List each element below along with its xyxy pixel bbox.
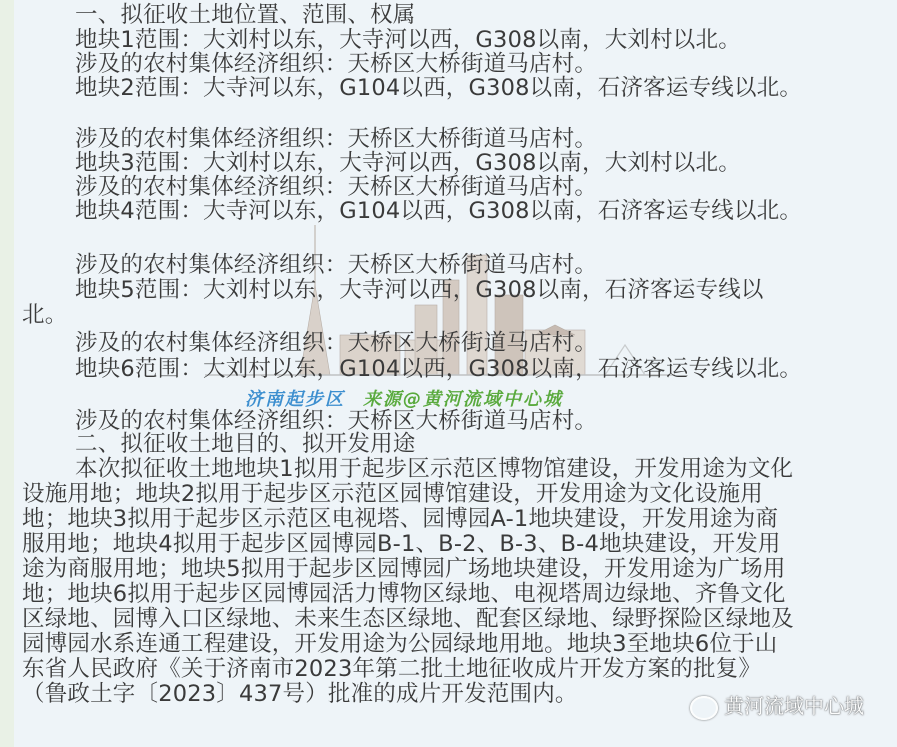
purpose-paragraph-line: 本次拟征收土地地块1拟用于起步区示范区博物馆建设，开发用途为文化: [75, 456, 793, 482]
section-heading-2: 二、拟征收土地目的、拟开发用途: [75, 431, 416, 457]
parcel-2-organization: 涉及的农村集体经济组织：天桥区大桥街道马店村。: [75, 126, 597, 152]
purpose-paragraph-line: 东省人民政府《关于济南市2023年第二批土地征收成片开发方案的批复》: [22, 656, 761, 682]
purpose-paragraph-line: （鲁政土字〔2023〕437号）批准的成片开发范围内。: [22, 681, 578, 707]
image-caption: 济南起步区来源@黄河流域中心城: [245, 385, 563, 411]
parcel-2-range: 地块2范围：大寺河以东，G104以西，G308以南，石济客运专线以北。: [75, 75, 802, 101]
parcel-4-organization: 涉及的农村集体经济组织：天桥区大桥街道马店村。: [75, 252, 597, 278]
page-margin: [0, 0, 14, 747]
parcel-1-range: 地块1范围：大刘村以东，大寺河以西，G308以南，大刘村以北。: [75, 27, 741, 53]
parcel-3-range: 地块3范围：大刘村以东，大寺河以西，G308以南，大刘村以北。: [75, 150, 741, 176]
purpose-paragraph-line: 设施用地；地块2拟用于起步区示范区园博馆建设，开发用途为文化设施用: [22, 481, 763, 507]
wechat-watermark: 黄河流域中心城: [690, 690, 864, 720]
caption-source: 来源@黄河流域中心城: [363, 389, 563, 410]
purpose-paragraph-line: 服用地；地块4拟用于起步区园博园B-1、B-2、B-3、B-4地块建设，开发用: [22, 531, 781, 557]
parcel-3-organization: 涉及的农村集体经济组织：天桥区大桥街道马店村。: [75, 174, 597, 200]
parcel-5-range: 地块5范围：大刘村以东，大寺河以西，G308以南，石济客运专线以: [75, 277, 764, 303]
section-heading-1: 一、拟征收土地位置、范围、权属: [75, 2, 416, 28]
purpose-paragraph-line: 地；地块6拟用于起步区园博园活力博物区绿地、电视塔周边绿地、齐鲁文化: [22, 581, 786, 607]
purpose-paragraph-line: 区绿地、园博入口区绿地、未来生态区绿地、配套区绿地、绿野探险区绿地及: [22, 606, 794, 632]
parcel-5-organization: 涉及的农村集体经济组织：天桥区大桥街道马店村。: [75, 330, 597, 356]
wechat-icon: [690, 696, 718, 720]
purpose-paragraph-line: 途为商服用地；地块5拟用于起步区园博园广场地块建设，开发用途为广场用: [22, 556, 786, 582]
purpose-paragraph-line: 地；地块3拟用于起步区示范区电视塔、园博园A-1地块建设，开发用途为商: [22, 506, 778, 532]
caption-location: 济南起步区: [245, 389, 345, 410]
parcel-1-organization: 涉及的农村集体经济组织：天桥区大桥街道马店村。: [75, 51, 597, 77]
parcel-4-range: 地块4范围：大寺河以东，G104以西，G308以南，石济客运专线以北。: [75, 198, 802, 224]
purpose-paragraph-line: 园博园水系连通工程建设，开发用途为公园绿地用地。地块3至地块6位于山: [22, 631, 777, 657]
parcel-5-range-continued: 北。: [22, 302, 67, 328]
watermark-text: 黄河流域中心城: [724, 694, 864, 718]
parcel-6-range: 地块6范围：大刘村以东，G104以西，G308以南，石济客运专线以北。: [75, 356, 802, 382]
